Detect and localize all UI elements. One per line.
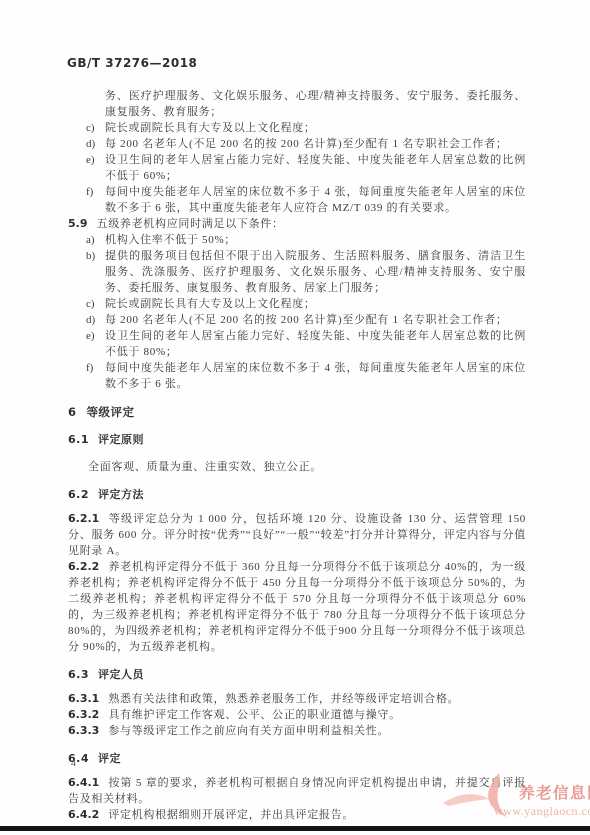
clause-text: 五级养老机构应同时满足以下条件： — [97, 218, 284, 230]
clause-text: 熟悉有关法律和政策，熟悉养老服务工作，并经等级评定培训合格。 — [108, 693, 459, 705]
clause-6-2-1: 6.2.1等级评定总分为 1 000 分，包括环境 120 分、设施设备 130… — [68, 511, 526, 559]
clause-number: 6.2.2 — [68, 559, 99, 575]
list-item-text: 院长或副院长具有大专及以上文化程度； — [105, 122, 316, 134]
clause-number: 6.3.1 — [68, 691, 99, 707]
list-item-text: 每间中度失能老年人居室的床位数不多于 4 张，每间重度失能老年人居室的床位数不多… — [105, 362, 526, 390]
subsection-title: 评定人员 — [98, 668, 144, 681]
subsection-title: 评定原则 — [98, 433, 144, 446]
clause-group-6-3: 6.3.1熟悉有关法律和政策，熟悉养老服务工作，并经等级评定培训合格。 6.3.… — [68, 691, 526, 739]
list-item-text: 设卫生间的老年人居室占能力完好、轻度失能、中度失能老年人居室总数的比例不低于 8… — [105, 330, 526, 358]
list-item-text: 每 200 名老年人(不足 200 名的按 200 名计算)至少配有 1 名专职… — [105, 314, 508, 326]
clause-text: 评定机构根据细则开展评定，并出具评定报告。 — [108, 809, 354, 821]
subsection-title: 评定 — [98, 752, 121, 765]
list-item-label: e) — [86, 328, 95, 344]
list-item-text: 每 200 名老年人(不足 200 名的按 200 名计算)至少配有 1 名专职… — [105, 138, 508, 150]
list-item: e) 设卫生间的老年人居室占能力完好、轻度失能、中度失能老年人居室总数的比例不低… — [68, 152, 526, 184]
list-item: b) 提供的服务项目包括但不限于出入院服务、生活照料服务、膳食服务、清洁卫生服务… — [68, 248, 526, 296]
list-item-label: e) — [86, 152, 95, 168]
list-item-label: c) — [86, 296, 95, 312]
clause-number: 6.2.1 — [68, 511, 99, 527]
list-item: e) 设卫生间的老年人居室占能力完好、轻度失能、中度失能老年人居室总数的比例不低… — [68, 328, 526, 360]
list-item: d) 每 200 名老年人(不足 200 名的按 200 名计算)至少配有 1 … — [68, 312, 526, 328]
list-item: f) 每间中度失能老年人居室的床位数不多于 4 张，每间重度失能老年人居室的床位… — [68, 184, 526, 216]
subsection-title: 评定方法 — [98, 488, 144, 501]
page-number: 4 — [71, 758, 76, 769]
list-item-label: f) — [86, 184, 93, 200]
list-item-text: 院长或副院长具有大专及以上文化程度； — [105, 298, 316, 310]
clause-group-6-2: 6.2.1等级评定总分为 1 000 分，包括环境 120 分、设施设备 130… — [68, 511, 526, 655]
clause-6-3-3: 6.3.3参与等级评定工作之前应向有关方面申明利益相关性。 — [68, 723, 526, 739]
paragraph-continuation: 务、医疗护理服务、文化娱乐服务、心理/精神支持服务、安宁服务、委托服务、康复服务… — [68, 88, 526, 120]
list-item-text: 设卫生间的老年人居室占能力完好、轻度失能、中度失能老年人居室总数的比例不低于 6… — [105, 154, 526, 182]
list-item-text: 每间中度失能老年人居室的床位数不多于 4 张，每间重度失能老年人居室的床位数不多… — [105, 186, 526, 214]
clause-number: 6.3.2 — [68, 707, 99, 723]
section-heading-6: 6等级评定 — [68, 404, 526, 420]
clause-5-9: 5.9五级养老机构应同时满足以下条件： — [68, 216, 526, 232]
clause-6-2-2: 6.2.2养老机构评定得分不低于 360 分且每一分项得分不低于该项总分 40%… — [68, 559, 526, 655]
watermark-site-url: www.yanglaocn.com — [494, 804, 590, 819]
clause-6-3-1: 6.3.1熟悉有关法律和政策，熟悉养老服务工作，并经等级评定培训合格。 — [68, 691, 526, 707]
subsection-number: 6.3 — [68, 668, 89, 681]
list-item-text: 提供的服务项目包括但不限于出入院服务、生活照料服务、膳食服务、清洁卫生服务、洗涤… — [105, 250, 526, 294]
list-item-label: b) — [86, 248, 95, 264]
watermark-site-name: 养老信息网 — [519, 781, 590, 803]
list-item-label: a) — [86, 232, 95, 248]
clause-6-3-2: 6.3.2具有维护评定工作客观、公平、公正的职业道德与操守。 — [68, 707, 526, 723]
subsection-heading-6-1: 6.1评定原则 — [68, 432, 526, 448]
list-item: d) 每 200 名老年人(不足 200 名的按 200 名计算)至少配有 1 … — [68, 136, 526, 152]
list-item: c) 院长或副院长具有大专及以上文化程度； — [68, 296, 526, 312]
subsection-heading-6-4: 6.4评定 — [68, 751, 526, 767]
list-item: c) 院长或副院长具有大专及以上文化程度； — [68, 120, 526, 136]
document-body: 务、医疗护理服务、文化娱乐服务、心理/精神支持服务、安宁服务、委托服务、康复服务… — [68, 88, 526, 823]
standard-code: GB/T 37276—2018 — [67, 56, 197, 70]
watermark: 养老信息网 www.yanglaocn.com — [441, 773, 590, 823]
clause-number: 6.4.2 — [68, 807, 99, 823]
page-bottom-edge — [0, 826, 590, 831]
list-item-text: 机构入住率不低于 50%； — [105, 234, 236, 246]
list-item: f) 每间中度失能老年人居室的床位数不多于 4 张，每间重度失能老年人居室的床位… — [68, 360, 526, 392]
list-item-label: c) — [86, 120, 95, 136]
subsection-number: 6.2 — [68, 488, 89, 501]
document-page: GB/T 37276—2018 务、医疗护理服务、文化娱乐服务、心理/精神支持服… — [0, 0, 590, 835]
section-number: 6 — [68, 405, 77, 419]
principles-paragraph: 全面客观、质量为重、注重实效、独立公正。 — [68, 459, 526, 475]
list-item-label: d) — [86, 312, 95, 328]
list-item-label: f) — [86, 360, 93, 376]
clause-number: 6.4.1 — [68, 775, 99, 791]
subsection-heading-6-2: 6.2评定方法 — [68, 487, 526, 503]
list-item-label: d) — [86, 136, 95, 152]
subsection-number: 6.1 — [68, 433, 89, 446]
clause-text: 参与等级评定工作之前应向有关方面申明利益相关性。 — [108, 725, 389, 737]
clause-text: 具有维护评定工作客观、公平、公正的职业道德与操守。 — [108, 709, 401, 721]
subsection-heading-6-3: 6.3评定人员 — [68, 667, 526, 683]
clause-text: 等级评定总分为 1 000 分，包括环境 120 分、设施设备 130 分、运营… — [68, 513, 526, 557]
list-item: a) 机构入住率不低于 50%； — [68, 232, 526, 248]
clause-text: 养老机构评定得分不低于 360 分且每一分项得分不低于该项总分 40%的，为一级… — [68, 561, 526, 653]
section-title: 等级评定 — [87, 405, 135, 419]
clause-number: 5.9 — [68, 216, 88, 232]
clause-number: 6.3.3 — [68, 723, 99, 739]
